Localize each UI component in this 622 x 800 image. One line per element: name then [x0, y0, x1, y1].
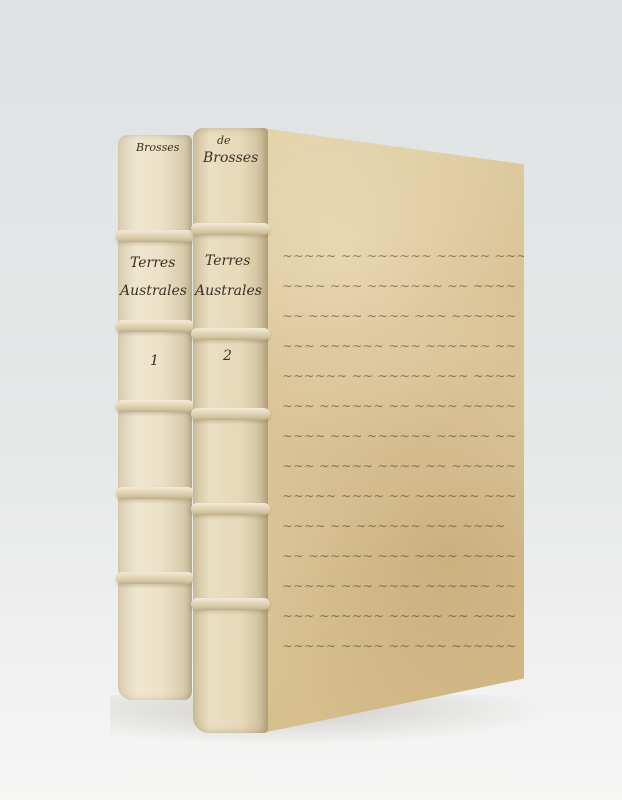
volume-2-front-board: ~~~ ~~~~~ ~~~~~~ ~~ ~~~~~ ~~~~ ~~ ~~~~~~… — [262, 128, 524, 733]
volume-2-spine: de Brosses Terres Australes 2 — [193, 128, 268, 733]
volume-1-title-line2: Australes — [120, 283, 187, 299]
manuscript-line: ~~~~~ ~~~~ ~~~ ~~~~~~ ~~ — [281, 548, 517, 563]
manuscript-line: ~~~ ~~~~~~ ~~ ~~~~ ~~~~~ — [281, 488, 517, 503]
raised-band — [116, 400, 194, 412]
raised-band — [116, 487, 194, 499]
raised-band — [116, 320, 194, 332]
volume-1-title-line1: Terres — [130, 255, 175, 271]
manuscript-line: ~~~~~ ~~~~ ~~ ~~~~~~ ~~~ — [281, 398, 517, 413]
manuscript-line: ~~~~ ~~ ~~~~~~~ ~~~ ~~~~ — [281, 278, 517, 293]
raised-band — [191, 408, 270, 420]
manuscript-line: ~~~~ ~~ ~~~~~ ~~~~~~ ~~~ — [281, 608, 517, 623]
volume-1-author: Brosses — [136, 141, 179, 154]
raised-band — [191, 328, 270, 340]
manuscript-line: ~~~~~~ ~~~ ~~~~ ~~~~~ ~~ — [281, 308, 517, 323]
manuscript-line: ~~ ~~~~~ ~~~~~~ ~~~ ~~~~ — [281, 428, 517, 443]
manuscript-line: ~~~~ ~~~ ~~~~~~ ~~ ~~~~ — [281, 518, 506, 533]
raised-band — [116, 572, 194, 584]
raised-band — [191, 598, 270, 610]
volume-2-number: 2 — [223, 348, 232, 364]
manuscript-line: ~~ ~~~~~~ ~~~~ ~~~ ~~~~~ — [281, 578, 517, 593]
volume-1-number: 1 — [150, 353, 159, 369]
manuscript-line: ~~ ~~~~~~ ~~~ ~~~~~~ ~~~ — [281, 338, 517, 353]
manuscript-line: ~~~~~~ ~~ ~~~~ ~~~~~ ~~~ — [281, 458, 517, 473]
raised-band — [191, 503, 270, 515]
photo-scene: Brosses Terres Australes 1 ~~~ ~~~~~ ~~~… — [0, 0, 622, 800]
raised-band — [116, 230, 194, 242]
volume-1-spine: Brosses Terres Australes 1 — [118, 135, 192, 700]
volume-2-prefix: de — [217, 134, 231, 147]
volume-2-title-line1: Terres — [205, 253, 250, 269]
manuscript-line: ~~~~ ~~~ ~~~~~ ~~ ~~~~~~ — [281, 368, 517, 383]
volume-2-author: Brosses — [203, 150, 258, 166]
raised-band — [191, 223, 270, 235]
manuscript-line: ~~~ ~~~~~ ~~~~~~ ~~ ~~~~~ — [281, 248, 528, 263]
volume-2-title-line2: Australes — [195, 283, 262, 299]
manuscript-line: ~~~~~~ ~~~ ~~ ~~~~ ~~~~~ — [281, 638, 517, 653]
